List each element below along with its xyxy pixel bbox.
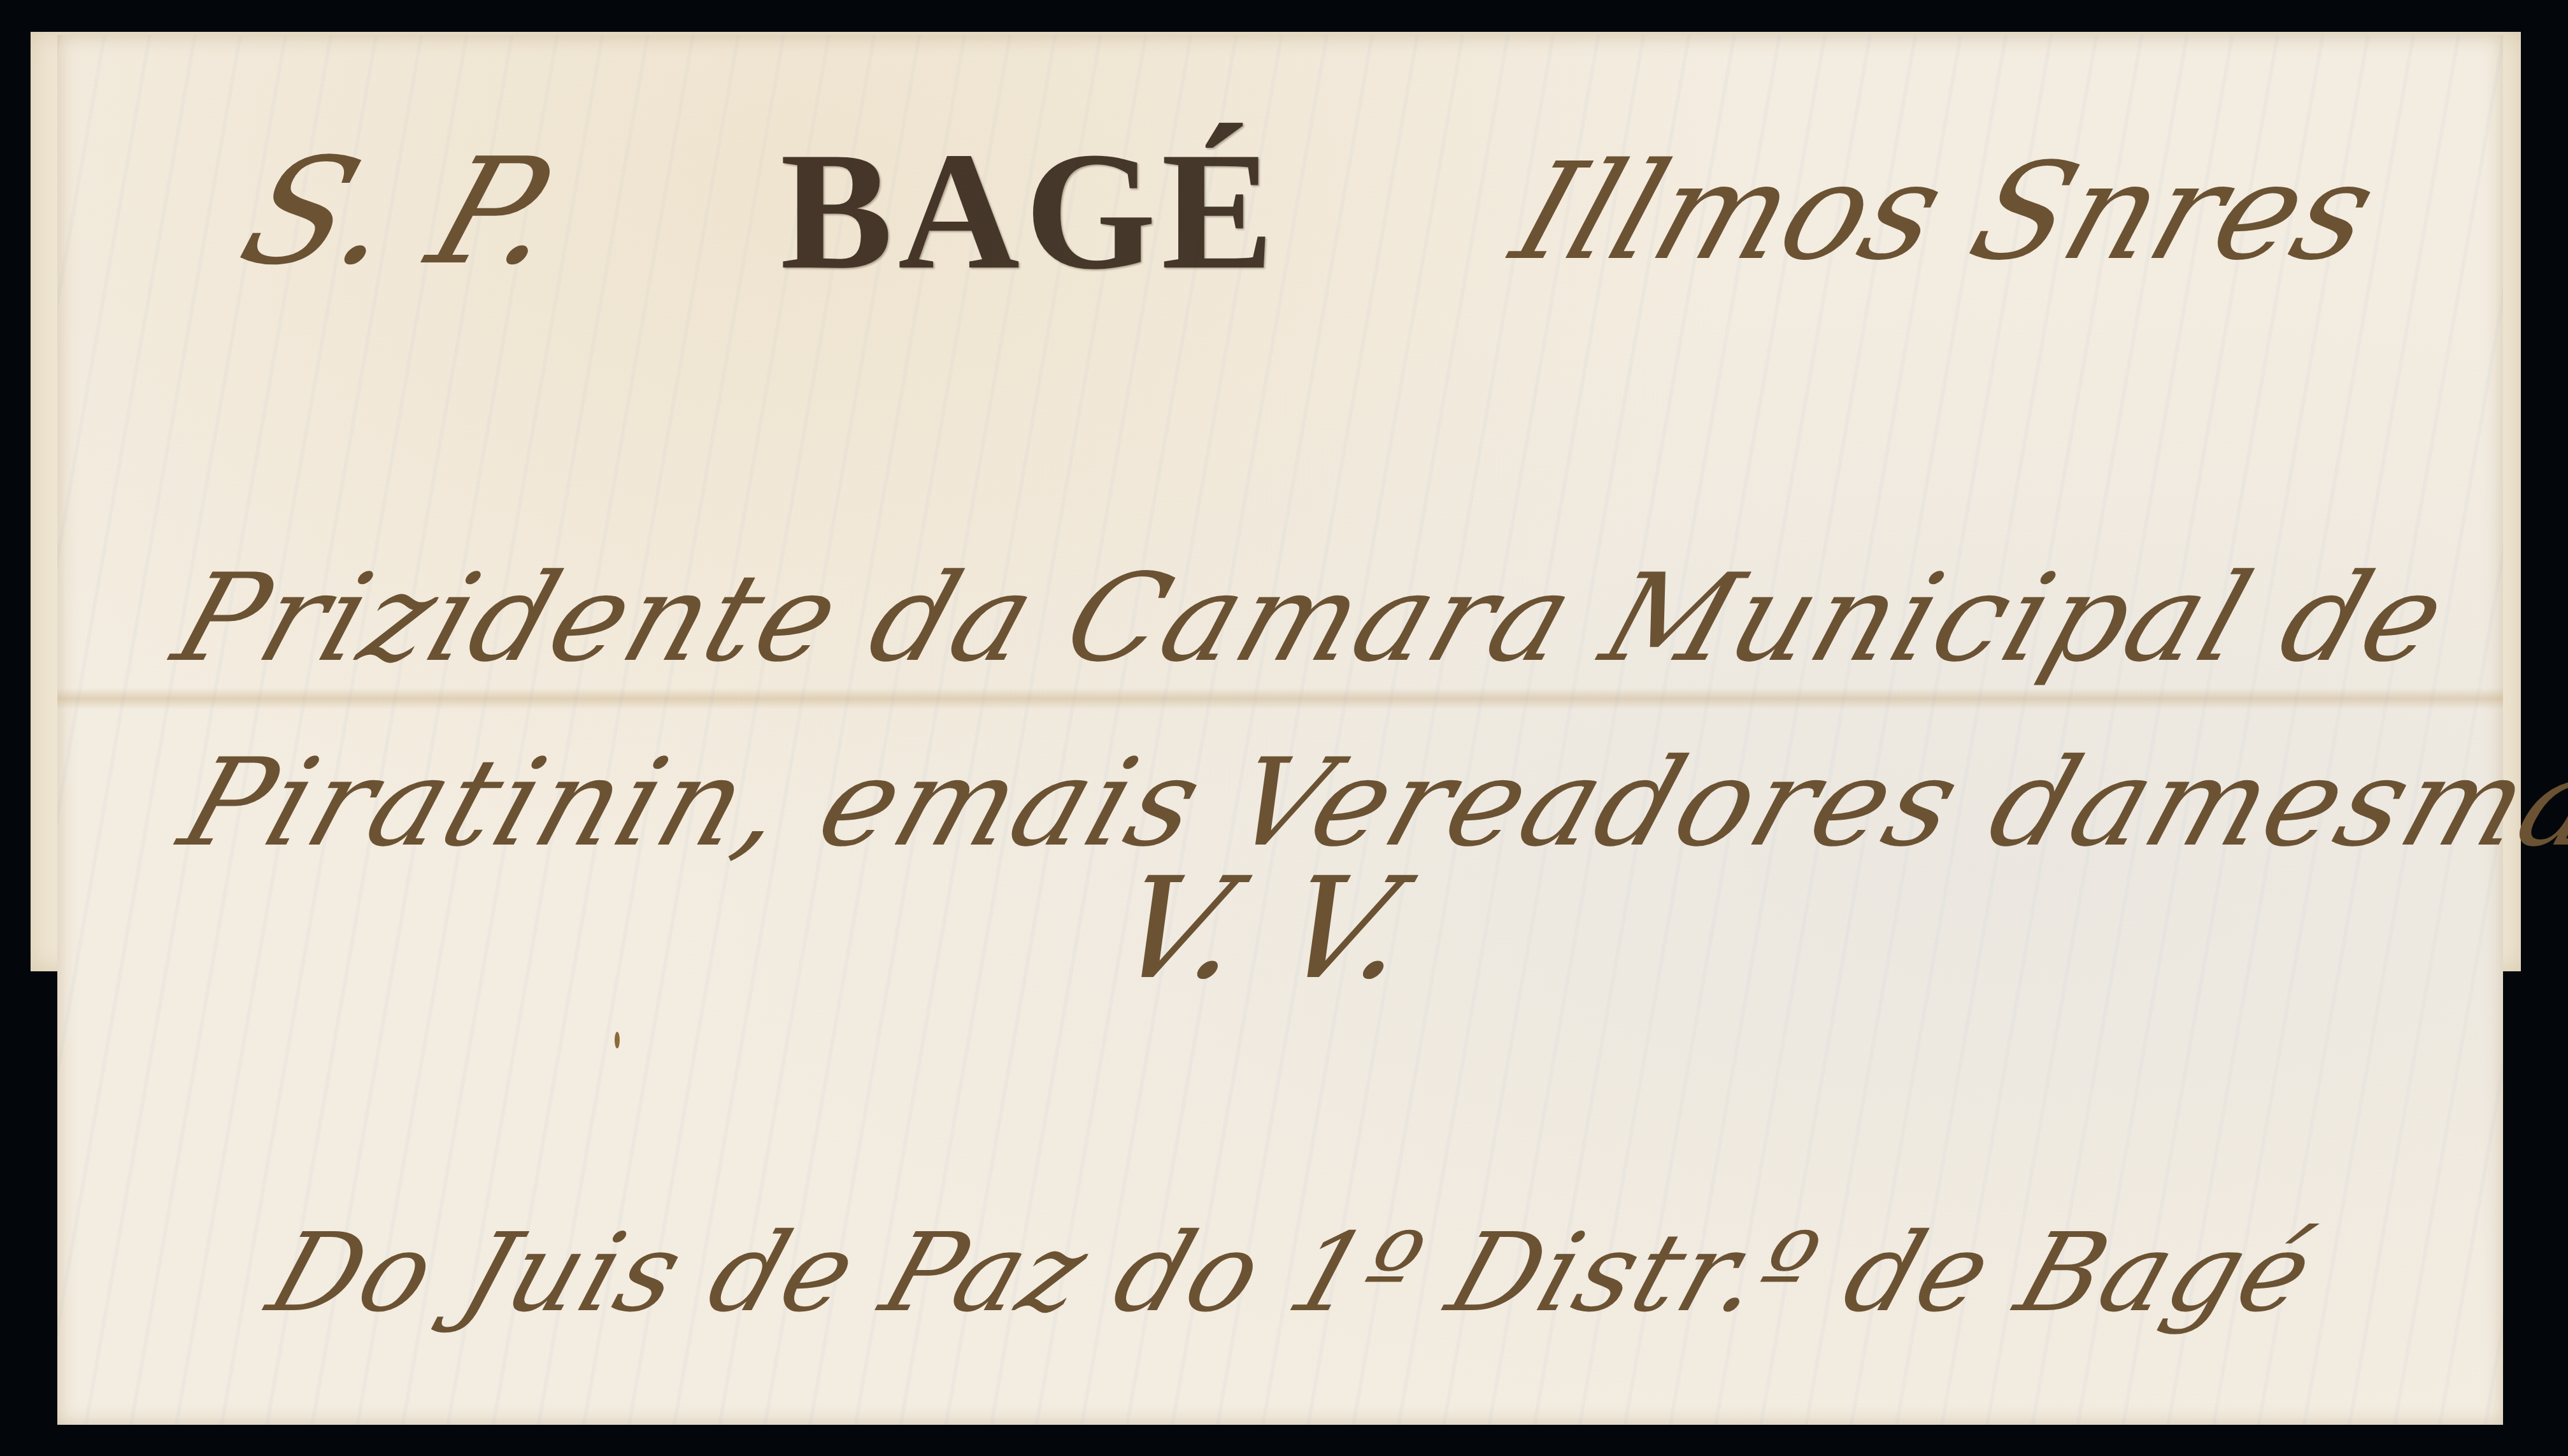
- sender-line: Do Juis de Paz do 1º Distr.º de Bagé: [255, 1210, 2329, 1336]
- postmark-bage: BAGÉ: [780, 115, 1279, 308]
- fold-crease: [57, 688, 2503, 710]
- salutation-ilmos-snres: Illmos Snres: [1497, 134, 2394, 290]
- ink-spot: [615, 1032, 620, 1048]
- annotation-sp: S. P.: [223, 127, 582, 297]
- address-line-1: Prizidente da Camara Municipal de: [159, 548, 2464, 689]
- address-closing: V. V.: [1095, 847, 1436, 1010]
